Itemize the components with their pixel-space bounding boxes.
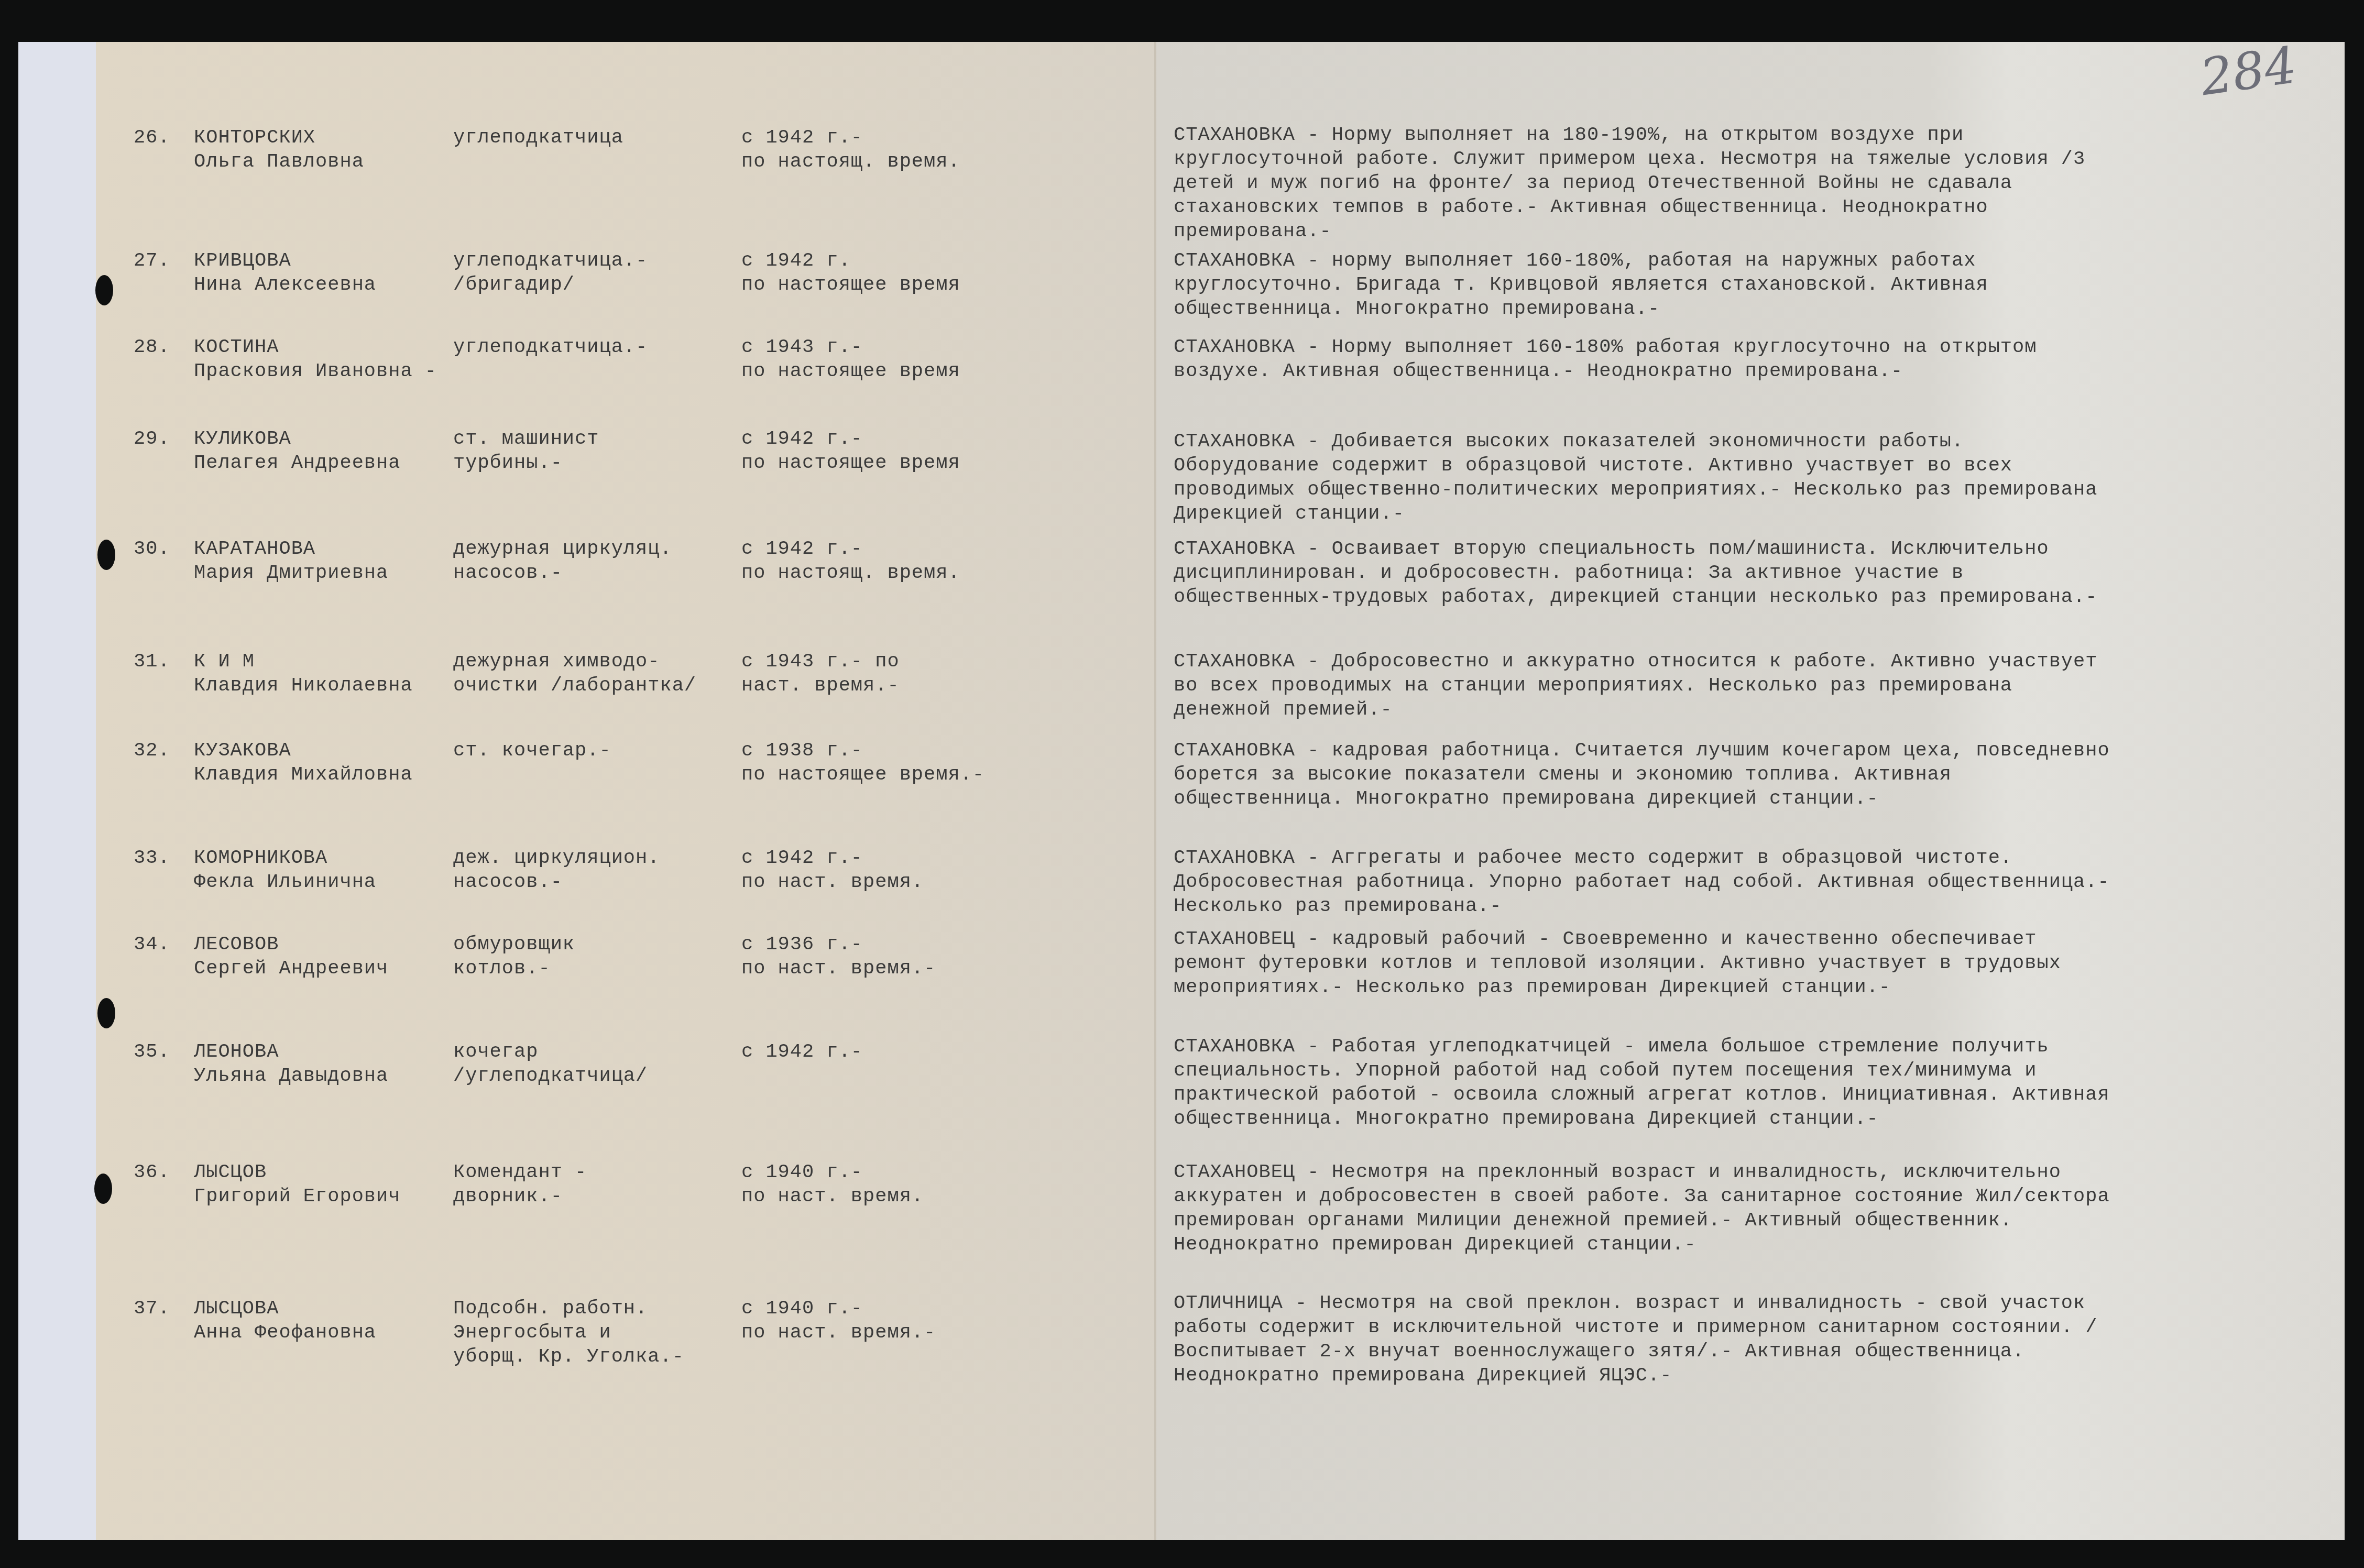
characteristic-text: СТАХАНОВКА - Норму выполняет 160-180% ра…: [1174, 335, 2117, 383]
service-period: с 1942 г.-: [741, 537, 863, 561]
position: углеподкатчица: [453, 126, 623, 150]
given-name: Нина Алексеевна: [194, 273, 376, 297]
given-name: Прасковия Ивановна -: [194, 359, 437, 383]
surname: ЛЫСЦОВ: [194, 1160, 267, 1185]
position: ст. кочегар.-: [453, 739, 611, 763]
position: Подсобн. работн.: [453, 1297, 648, 1321]
surname: ЛЫСЦОВА: [194, 1297, 279, 1321]
characteristic-text: СТАХАНОВКА - Аггрегаты и рабочее место с…: [1174, 846, 2117, 918]
characteristic-text: СТАХАНОВКА - кадровая работница. Считает…: [1174, 739, 2117, 811]
characteristic-text: СТАХАНОВКА - Добросовестно и аккуратно о…: [1174, 650, 2117, 722]
position: углеподкатчица.-: [453, 335, 648, 359]
entry-number: 28.: [134, 335, 170, 359]
service-period: с 1942 г.-: [741, 1040, 863, 1064]
service-period: по настоящее время.-: [741, 763, 984, 787]
characteristic-text: СТАХАНОВКА - Работая углеподкатчицей - и…: [1174, 1035, 2117, 1131]
service-period: по наст. время.: [741, 870, 924, 894]
surname: КАРАТАНОВА: [194, 537, 315, 561]
punch-hole: [95, 275, 113, 305]
entry-number: 30.: [134, 537, 170, 561]
position: ст. машинист: [453, 427, 599, 451]
binding-strip: [18, 42, 96, 1540]
position: насосов.-: [453, 561, 563, 585]
service-period: с 1936 г.-: [741, 933, 863, 957]
characteristic-text: СТАХАНОВКА - норму выполняет 160-180%, р…: [1174, 249, 2117, 321]
characteristic-text: СТАХАНОВЕЦ - кадровый рабочий - Своеврем…: [1174, 927, 2117, 1000]
service-period: с 1943 г.-: [741, 335, 863, 359]
service-period: с 1942 г.: [741, 249, 851, 273]
service-period: по наст. время.: [741, 1185, 924, 1209]
given-name: Клавдия Михайловна: [194, 763, 413, 787]
given-name: Мария Дмитриевна: [194, 561, 388, 585]
entry-number: 26.: [134, 126, 170, 150]
service-period: наст. время.-: [741, 674, 900, 698]
surname: КОНТОРСКИХ: [194, 126, 315, 150]
position: обмуровщик: [453, 933, 575, 957]
entry-number: 27.: [134, 249, 170, 273]
entry-number: 36.: [134, 1160, 170, 1185]
characteristic-text: СТАХАНОВКА - Осваивает вторую специально…: [1174, 537, 2117, 609]
entry-number: 32.: [134, 739, 170, 763]
position: дворник.-: [453, 1185, 563, 1209]
surname: ЛЕСОВОВ: [194, 933, 279, 957]
surname: КОСТИНА: [194, 335, 279, 359]
characteristic-text: СТАХАНОВКА - Норму выполняет на 180-190%…: [1174, 123, 2117, 244]
entry-number: 31.: [134, 650, 170, 674]
position: Энергосбыта и: [453, 1321, 611, 1345]
surname: КРИВЦОВА: [194, 249, 291, 273]
characteristic-text: ОТЛИЧНИЦА - Несмотря на свой преклон. во…: [1174, 1291, 2117, 1388]
surname: К И М: [194, 650, 255, 674]
position: кочегар: [453, 1040, 538, 1064]
service-period: по настоящее время: [741, 273, 960, 297]
surname: КУЗАКОВА: [194, 739, 291, 763]
position: уборщ. Кр. Уголка.-: [453, 1345, 684, 1369]
entry-number: 33.: [134, 846, 170, 870]
given-name: Сергей Андреевич: [194, 957, 388, 981]
service-period: по наст. время.-: [741, 957, 936, 981]
service-period: с 1942 г.-: [741, 846, 863, 870]
position: очистки /лаборантка/: [453, 674, 696, 698]
given-name: Ульяна Давыдовна: [194, 1064, 388, 1088]
surname: ЛЕОНОВА: [194, 1040, 279, 1064]
characteristic-text: СТАХАНОВЕЦ - Несмотря на преклонный возр…: [1174, 1160, 2117, 1257]
service-period: по настоящее время: [741, 359, 960, 383]
service-period: с 1938 г.-: [741, 739, 863, 763]
entry-number: 29.: [134, 427, 170, 451]
service-period: по настоящее время: [741, 451, 960, 475]
position: углеподкатчица.-: [453, 249, 648, 273]
service-period: с 1940 г.-: [741, 1297, 863, 1321]
given-name: Клавдия Николаевна: [194, 674, 413, 698]
service-period: по настоящ. время.: [741, 150, 960, 174]
entry-number: 35.: [134, 1040, 170, 1064]
surname: КОМОРНИКОВА: [194, 846, 327, 870]
service-period: с 1942 г.-: [741, 126, 863, 150]
given-name: Ольга Павловна: [194, 150, 364, 174]
service-period: с 1942 г.-: [741, 427, 863, 451]
given-name: Анна Феофановна: [194, 1321, 376, 1345]
position: турбины.-: [453, 451, 563, 475]
position: дежурная циркуляц.: [453, 537, 672, 561]
given-name: Фекла Ильинична: [194, 870, 376, 894]
given-name: Григорий Егорович: [194, 1185, 400, 1209]
service-period: с 1943 г.- по: [741, 650, 900, 674]
position: насосов.-: [453, 870, 563, 894]
service-period: по настоящ. время.: [741, 561, 960, 585]
entry-number: 37.: [134, 1297, 170, 1321]
characteristic-text: СТАХАНОВКА - Добивается высоких показате…: [1174, 430, 2117, 526]
punch-hole: [97, 540, 115, 570]
position: /углеподкатчица/: [453, 1064, 648, 1088]
punch-hole: [94, 1174, 112, 1204]
service-period: по наст. время.-: [741, 1321, 936, 1345]
position: Комендант -: [453, 1160, 587, 1185]
position: деж. циркуляцион.: [453, 846, 660, 870]
service-period: с 1940 г.-: [741, 1160, 863, 1185]
punch-hole: [97, 998, 115, 1028]
entry-number: 34.: [134, 933, 170, 957]
position: /бригадир/: [453, 273, 575, 297]
position: дежурная химводо-: [453, 650, 660, 674]
center-fold: [1154, 42, 1156, 1540]
position: котлов.-: [453, 957, 551, 981]
given-name: Пелагея Андреевна: [194, 451, 400, 475]
surname: КУЛИКОВА: [194, 427, 291, 451]
